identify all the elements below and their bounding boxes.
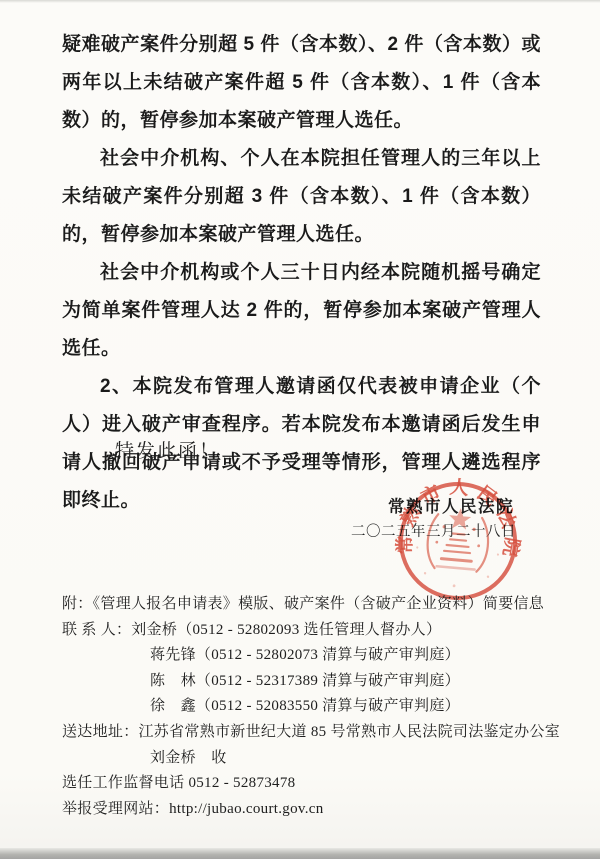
scanned-court-letter-page: 疑难破产案件分别超 5 件（含本数）、2 件（含本数）或两年以上未结破产案件超 … [0,0,600,859]
delivery-recipient-line: 刘金桥 收 [62,746,548,772]
scan-edge-bottom [0,848,600,859]
report-website-line: 举报受理网站：http://jubao.court.gov.cn [62,797,548,823]
attachment-note: 附：《管理人报名申请表》模版、破产案件（含破产企业资料）简要信息 [62,592,548,618]
footer-contact-block: 附：《管理人报名申请表》模版、破产案件（含破产企业资料）简要信息 联 系 人：刘… [62,592,548,822]
contact-person-line: 陈 林（0512 - 52317389 清算与破产审判庭） [62,669,548,695]
closing-phrase: 特发此函！ [115,436,220,463]
paragraph: 疑难破产案件分别超 5 件（含本数）、2 件（含本数）或两年以上未结破产案件超 … [62,26,541,140]
contact-person-line: 蒋先锋（0512 - 52802073 清算与破产审判庭） [62,643,548,669]
contact-person-line: 联 系 人：刘金桥（0512 - 52802093 选任管理人督办人） [62,618,548,644]
national-emblem-icon [425,505,490,572]
delivery-address-line: 送达地址：江苏省常熟市新世纪大道 85 号常熟市人民法院司法鉴定办公室 [62,720,548,746]
contact-person-line: 徐 鑫（0512 - 52083550 清算与破产审判庭） [62,694,548,720]
supervision-phone-line: 选任工作监督电话 0512 - 52873478 [62,771,548,797]
scan-edge-top [0,0,600,3]
paragraph: 社会中介机构或个人三十日内经本院随机摇号确定为简单案件管理人达 2 件的，暂停参… [62,254,541,368]
paragraph: 社会中介机构、个人在本院担任管理人的三年以上未结破产案件分别超 3 件（含本数）… [62,140,541,254]
